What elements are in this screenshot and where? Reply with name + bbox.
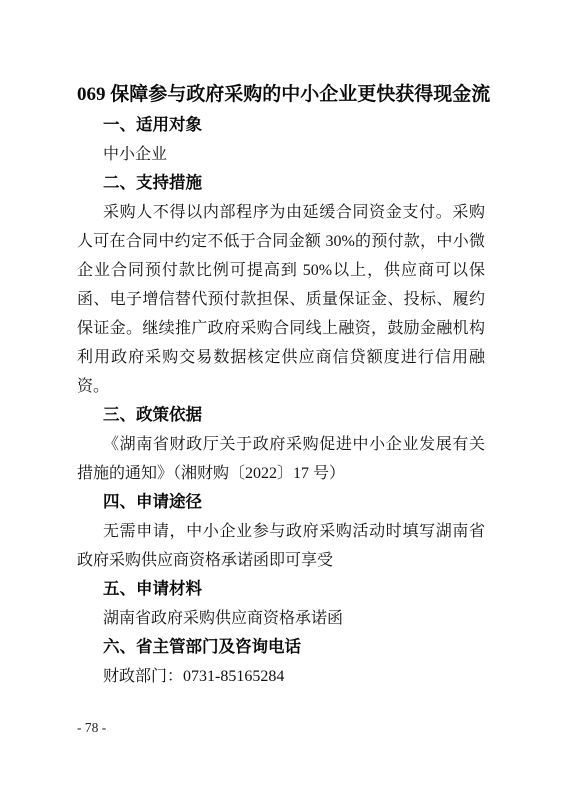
- section-heading: 六、省主管部门及咨询电话: [77, 633, 485, 662]
- section-body: 采购人不得以内部程序为由延缓合同资金支付。采购人可在合同中约定不低于合同金额 3…: [77, 198, 485, 401]
- section-body: 《湖南省财政厅关于政府采购促进中小企业发展有关措施的通知》（湘财购〔2022〕1…: [77, 430, 485, 488]
- section-heading: 一、适用对象: [77, 111, 485, 140]
- section-body: 中小企业: [77, 140, 485, 169]
- section-heading: 五、申请材料: [77, 575, 485, 604]
- section-heading: 四、申请途径: [77, 488, 485, 517]
- section-contact-department: 六、省主管部门及咨询电话 财政部门：0731-85165284: [77, 633, 485, 691]
- section-heading: 三、政策依据: [77, 401, 485, 430]
- section-policy-basis: 三、政策依据 《湖南省财政厅关于政府采购促进中小企业发展有关措施的通知》（湘财购…: [77, 401, 485, 488]
- section-applicable-targets: 一、适用对象 中小企业: [77, 111, 485, 169]
- page-number: - 78 -: [77, 719, 106, 736]
- document-title: 069 保障参与政府采购的中小企业更快获得现金流: [77, 79, 485, 111]
- section-body: 无需申请，中小企业参与政府采购活动时填写湖南省政府采购供应商资格承诺函即可享受: [77, 517, 485, 575]
- document-page: 069 保障参与政府采购的中小企业更快获得现金流 一、适用对象 中小企业 二、支…: [0, 0, 561, 793]
- section-application-channel: 四、申请途径 无需申请，中小企业参与政府采购活动时填写湖南省政府采购供应商资格承…: [77, 488, 485, 575]
- section-body: 湖南省政府采购供应商资格承诺函: [77, 604, 485, 633]
- section-support-measures: 二、支持措施 采购人不得以内部程序为由延缓合同资金支付。采购人可在合同中约定不低…: [77, 169, 485, 401]
- section-heading: 二、支持措施: [77, 169, 485, 198]
- section-body: 财政部门：0731-85165284: [77, 662, 485, 691]
- section-application-materials: 五、申请材料 湖南省政府采购供应商资格承诺函: [77, 575, 485, 633]
- page-content: 069 保障参与政府采购的中小企业更快获得现金流 一、适用对象 中小企业 二、支…: [0, 0, 561, 691]
